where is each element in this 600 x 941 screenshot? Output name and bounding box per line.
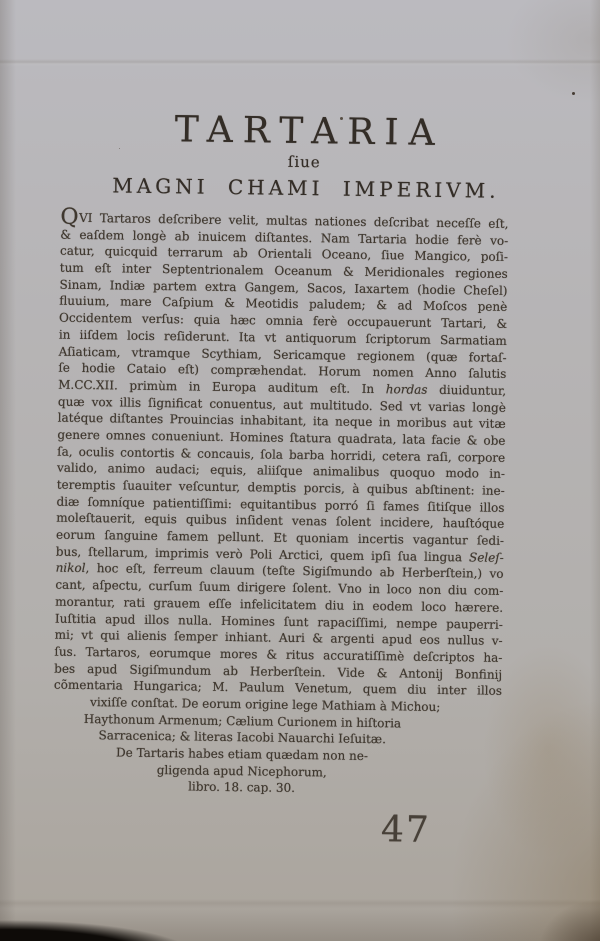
text-segment: De Tartaris habes etiam quædam non ne- bbox=[116, 745, 368, 763]
text-segment: gligenda apud Nicephorum, bbox=[157, 763, 327, 779]
italic-text: Seleſ- bbox=[469, 550, 504, 564]
text-segment: diuiduntur, bbox=[427, 383, 506, 398]
italic-text: nikol bbox=[56, 561, 86, 575]
page-title-block: TARTARIA ſiue MAGNI CHAMI IMPERIVM. bbox=[4, 108, 600, 204]
italic-text: hordas bbox=[386, 382, 428, 397]
page-content: TARTARIA ſiue MAGNI CHAMI IMPERIVM. QVI … bbox=[0, 0, 600, 941]
text-segment: M.CC.XII. primùm in Europa auditum eſt. … bbox=[58, 377, 386, 396]
title-subtitle: MAGNI CHAMI IMPERIVM. bbox=[4, 171, 600, 203]
text-segment: libro. 18. cap. 30. bbox=[188, 780, 295, 795]
page-title: TARTARIA bbox=[4, 108, 600, 156]
book-page-photo: TARTARIA ſiue MAGNI CHAMI IMPERIVM. QVI … bbox=[0, 0, 600, 941]
body-text: QVI Tartaros deſcribere velit, multas na… bbox=[52, 210, 508, 800]
page-number: 47 bbox=[381, 809, 431, 851]
